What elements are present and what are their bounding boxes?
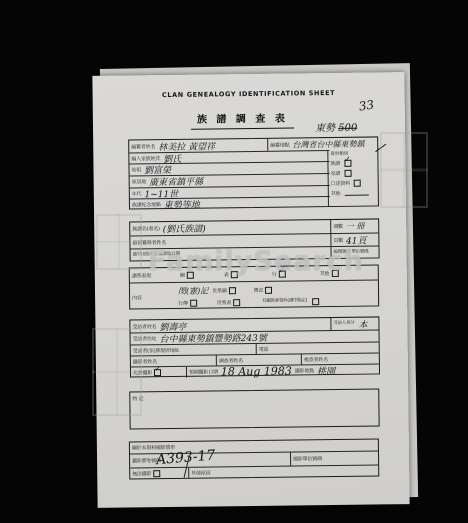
book-title-value: (劉氏族譜) xyxy=(163,222,206,236)
material-option-label: 家譜 xyxy=(331,170,341,177)
remarks-box: 特 記 xyxy=(129,388,379,429)
checkbox-cannot-photo xyxy=(153,470,160,477)
material-option-other: 其他 xyxy=(331,189,376,197)
corner-note-text: 東勢 xyxy=(315,123,335,134)
film-unit-label: 縮影單位號碼 xyxy=(293,455,322,462)
memorial-place-cell: 族譜紀念地點 東勢等地 xyxy=(130,199,202,211)
format-option-label: 圖 xyxy=(180,271,185,278)
first-ancestor-cell: 始祖 劉富榮 xyxy=(129,164,173,176)
compile-place-label: 編纂地點 xyxy=(270,141,289,148)
content-label-cell: 內容 xyxy=(130,283,178,309)
photo-date-label: 預期攝影日期 xyxy=(189,368,218,375)
checkbox-permission: ✓ xyxy=(154,369,161,376)
photo-date-value: 18 Aug 1983 xyxy=(221,365,292,379)
microfilm-number-label: 縮微號碼 單位號碼 xyxy=(334,249,376,255)
era-cell: 年代 1~11世 xyxy=(130,188,180,199)
publish-year-cell: 最早出版年份 最新版日期 xyxy=(130,247,330,260)
content-options: 閔(憲)記 世系圖 傳記 行傳 世系表 有關族會資料(譜序跋記) xyxy=(178,280,378,308)
content-handwritten-note: 閔(憲)記 xyxy=(178,285,208,296)
checkbox-related-material xyxy=(312,298,319,305)
reviewer-label: 複查者姓名 xyxy=(304,356,328,363)
material-option-family-genealogy: 家譜 xyxy=(331,169,376,177)
table-row: 族譜紀念地點 東勢等地 xyxy=(130,196,330,210)
interviewee-status-cell: 受訪人身分 本 xyxy=(330,317,378,330)
format-option-label: 表 xyxy=(224,271,229,278)
handwritten-corner-note: 東勢 500 xyxy=(315,119,357,135)
corner-note-struck-text: 500 xyxy=(338,123,357,134)
pages-cell: 頁數 41頁 xyxy=(330,233,378,246)
format-option: 其他 xyxy=(318,265,378,280)
first-ancestor-label: 始祖 xyxy=(131,166,141,173)
volume-cell: 冊數 一 冊 xyxy=(330,219,378,233)
content-option-label: 世系圖 xyxy=(212,287,226,294)
form-section-microfilm: 關於本資料縮影情形 攝影膠卷號碼 縮影單位號碼 無法攝影 其他原因 A393-1… xyxy=(129,438,379,479)
phone-label: 電話 xyxy=(259,345,269,352)
origin-place-label: 原居地 xyxy=(132,178,146,185)
checkbox-biography xyxy=(265,286,272,293)
permission-cell: 允許攝影 ✓ xyxy=(131,367,186,379)
form-section-interview: 受訪者姓名 劉壽亭 受訪人身分 本 受訪者住址 台中縣東勢鎮豐勢路243號 受訪… xyxy=(129,316,380,377)
pages-value: 41頁 xyxy=(346,233,367,246)
era-label: 年代 xyxy=(132,190,142,197)
surveyor-label: 調查者姓名 xyxy=(219,357,243,364)
format-option-label: 其他 xyxy=(320,270,330,277)
content-option-label: 有關族會資料(譜序跋記) xyxy=(262,299,310,305)
compiler-name-label: 編纂者姓名 xyxy=(131,143,155,150)
format-option: 表 xyxy=(222,267,270,282)
checkbox-format-line: ✓ xyxy=(279,270,286,277)
format-option: 行 ✓ xyxy=(270,266,318,281)
form-section-compiler: 編纂者姓名 林美拉 黃望祥 編纂地點 台灣省台中縣東勢鎮 編入家族姓氏 劉氏 始… xyxy=(128,136,379,209)
publish-year-label: 最早出版年份 最新版日期 xyxy=(133,252,188,258)
scanned-page: CLAN GENEALOGY IDENTIFICATION SHEET 族 譜 … xyxy=(92,72,409,508)
material-option-label: 口述資料 xyxy=(331,180,350,187)
format-option: 圖 xyxy=(178,267,222,282)
photo-date-place-cell: 預期攝影日期 18 Aug 1983 攝影地點 桃園 xyxy=(186,364,379,377)
interviewee-name-value: 劉壽亭 xyxy=(159,319,186,332)
volume-value: 一 冊 xyxy=(346,221,365,232)
photo-place-value: 桃園 xyxy=(317,364,335,377)
material-option-oral: 口述資料 xyxy=(331,179,376,187)
english-title: CLAN GENEALOGY IDENTIFICATION SHEET xyxy=(93,88,405,100)
format-option-label: 行 xyxy=(272,270,277,277)
checkbox-format-other xyxy=(331,269,338,276)
format-label-cell: 譜系表現 xyxy=(130,268,178,283)
compile-place-value: 台灣省台中縣東勢鎮 xyxy=(292,138,364,150)
handwritten-page-number: 33 xyxy=(358,98,375,114)
original-compiler-label: 最初纂修者姓名 xyxy=(132,239,166,246)
form-section-format: 譜系表現 圖 表 行 ✓ 其他 內容 xyxy=(129,264,379,309)
content-option-label: 傳記 xyxy=(254,286,264,293)
surname-label: 編入家族姓氏 xyxy=(131,155,160,162)
interviewee-status-label: 受訪人身分 xyxy=(333,321,355,327)
material-option-label: 其他 xyxy=(331,190,341,197)
checkbox-format-table xyxy=(231,271,238,278)
cannot-photo-label: 無法攝影 xyxy=(132,470,151,477)
content-option-label: 世系表 xyxy=(217,299,231,306)
surname-cell: 編入家族姓氏 劉氏 xyxy=(129,153,183,164)
check-mark: ✓ xyxy=(344,155,351,164)
check-mark: ✓ xyxy=(154,364,161,373)
memorial-place-value: 東勢等地 xyxy=(164,198,200,211)
checkbox-clan-genealogy: ✓ xyxy=(344,160,351,167)
other-reason-cell: 其他原因 xyxy=(188,465,378,477)
material-option-label: 族譜 xyxy=(330,160,340,167)
cannot-photo-cell: 無法攝影 xyxy=(130,468,188,479)
form-section-book: 族譜名(書名) (劉氏族譜) 冊數 一 冊 最初纂修者姓名 頁數 41頁 最早出… xyxy=(129,218,379,261)
material-type-column: 資料類別 族譜 ✓ 家譜 口述資料 其他 xyxy=(327,149,378,206)
microfilm-number-cell: 縮微號碼 單位號碼 xyxy=(330,246,378,258)
checkbox-format-chart xyxy=(187,271,194,278)
memorial-place-label: 族譜紀念地點 xyxy=(132,201,161,208)
book-title-label: 族譜名(書名) xyxy=(132,225,160,232)
other-reason-label: 其他原因 xyxy=(191,469,210,476)
content-option-label: 行傳 xyxy=(178,299,188,306)
checkbox-oral xyxy=(354,180,361,187)
check-mark: ✓ xyxy=(279,265,286,274)
permission-label: 允許攝影 xyxy=(133,369,152,376)
content-label: 內容 xyxy=(132,294,142,301)
table-row: 允許攝影 ✓ 預期攝影日期 18 Aug 1983 攝影地點 桃園 xyxy=(131,363,379,378)
interviewee-status-value: 本 xyxy=(358,317,367,330)
photo-place-label: 攝影地點 xyxy=(295,367,314,374)
checkbox-line-record xyxy=(190,299,197,306)
film-unit-cell: 縮影單位號碼 xyxy=(290,451,378,465)
other-blank-line xyxy=(344,191,368,196)
pages-label: 頁數 xyxy=(333,236,343,243)
table-row: 內容 閔(憲)記 世系圖 傳記 行傳 世系表 有關族會資料(譜序跋記) xyxy=(130,279,378,308)
table-row: 最早出版年份 最新版日期 縮微號碼 單位號碼 xyxy=(130,245,378,260)
checkbox-lineage-chart xyxy=(229,287,236,294)
remarks-label-cell: 特 記 xyxy=(130,389,378,428)
chinese-title: 族 譜 調 查 表 xyxy=(191,109,294,129)
format-label: 譜系表現 xyxy=(132,272,151,279)
checkbox-lineage-table xyxy=(233,299,240,306)
interviewee-address-label: 受訪者住址 xyxy=(133,335,157,342)
scanned-image-canvas: { "scan": { "en_title": "CLAN GENEALOGY … xyxy=(0,0,468,523)
remarks-label: 特 記 xyxy=(132,395,143,402)
interviewee-name-label: 受訪者姓名 xyxy=(132,323,156,330)
material-option-clan-genealogy: 族譜 ✓ xyxy=(330,159,375,167)
volume-label: 冊數 xyxy=(333,223,343,230)
material-type-header: 資料類別 xyxy=(330,150,375,157)
checkbox-family-genealogy xyxy=(344,170,351,177)
family-residence-label: 受訪者(家)族現居地址 xyxy=(133,346,180,354)
